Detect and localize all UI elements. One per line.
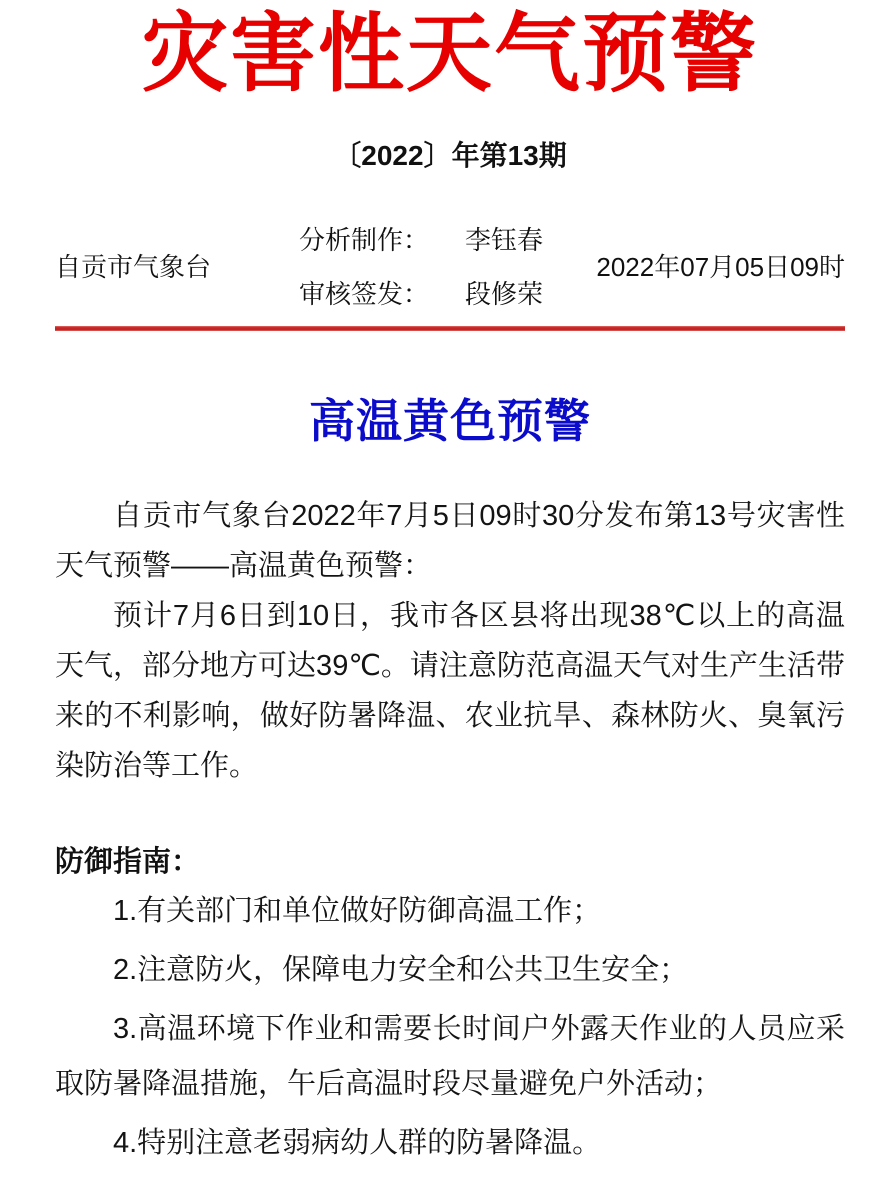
warning-paragraph-2: 预计7月6日到10日，我市各区县将出现38℃以上的高温天气，部分地方可达39℃。… [55, 591, 845, 791]
agency-name: 自贡市气象台 [55, 247, 211, 284]
approver-label: 审核签发： [299, 274, 429, 311]
warning-title: 高温黄色预警 [55, 385, 845, 451]
signatories: 分析制作： 李钰春 审核签发： 段修荣 [211, 220, 596, 311]
defense-guide-heading: 防御指南： [55, 839, 845, 880]
warning-body: 自贡市气象台2022年7月5日09时30分发布第13号灾害性天气预警——高温黄色… [55, 491, 845, 791]
red-divider-rule [55, 326, 845, 331]
document-header: 自贡市气象台 分析制作： 李钰春 审核签发： 段修荣 2022年07月05日09… [55, 220, 845, 311]
main-title: 灾害性天气预警 [55, 6, 845, 102]
weather-warning-document: 灾害性天气预警 〔2022〕年第13期 自贡市气象台 分析制作： 李钰春 审核签… [0, 6, 890, 1187]
defense-guide-list: 1.有关部门和单位做好防御高温工作； 2.注意防火，保障电力安全和公共卫生安全；… [55, 884, 845, 1171]
guide-item-2: 2.注意防火，保障电力安全和公共卫生安全； [55, 943, 845, 998]
guide-item-1: 1.有关部门和单位做好防御高温工作； [55, 884, 845, 939]
warning-paragraph-1: 自贡市气象台2022年7月5日09时30分发布第13号灾害性天气预警——高温黄色… [55, 491, 845, 591]
analyst-label: 分析制作： [299, 220, 429, 257]
guide-item-3: 3.高温环境下作业和需要长时间户外露天作业的人员应采取防暑降温措施，午后高温时段… [55, 1002, 845, 1112]
issue-number: 〔2022〕年第13期 [55, 134, 845, 174]
approver-name: 段修荣 [465, 274, 543, 311]
issue-datetime: 2022年07月05日09时 [596, 247, 845, 284]
analyst-line: 分析制作： 李钰春 [299, 220, 596, 257]
approver-line: 审核签发： 段修荣 [299, 274, 596, 311]
guide-item-4: 4.特别注意老弱病幼人群的防暑降温。 [55, 1116, 845, 1171]
analyst-name: 李钰春 [465, 220, 543, 257]
